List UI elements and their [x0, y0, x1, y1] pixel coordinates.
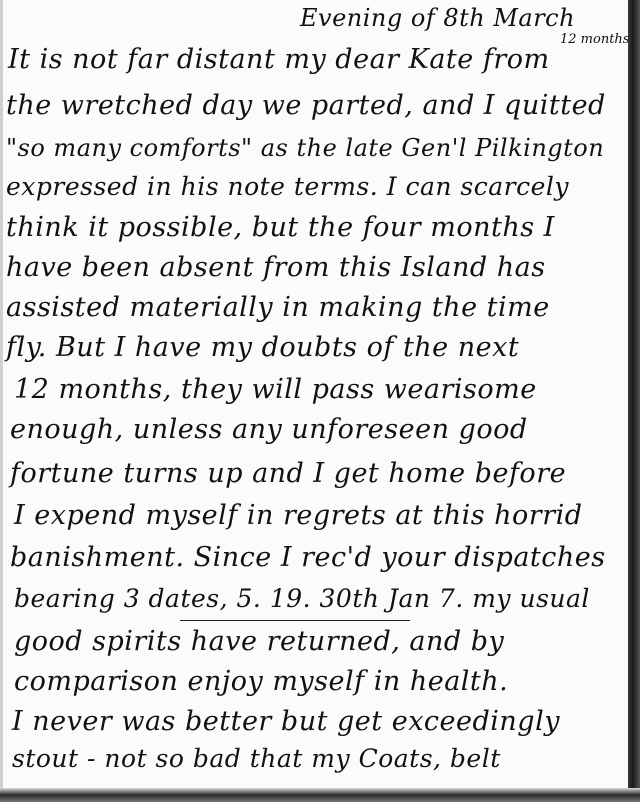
page-right-edge: [628, 0, 640, 802]
letter-line-8: fly. But I have my doubts of the next: [6, 332, 519, 363]
letter-line-14: bearing 3 dates, 5. 19. 30th Jan 7. my u…: [14, 584, 590, 613]
letter-line-15: good spirits have returned, and by: [14, 626, 504, 657]
letter-line-2: the wretched day we parted, and I quitte…: [6, 90, 606, 121]
letter-line-10: enough, unless any unforeseen good: [10, 414, 528, 445]
letter-line-12: I expend myself in regrets at this horri…: [14, 500, 583, 531]
dates-underline: [180, 620, 410, 621]
margin-annotation: 12 months: [560, 32, 629, 47]
letter-line-13: banishment. Since I rec'd your dispatche…: [10, 542, 606, 573]
letter-line-9: 12 months, they will pass wearisome: [14, 374, 537, 405]
letter-line-16: comparison enjoy myself in health.: [14, 666, 508, 697]
letter-line-1: It is not far distant my dear Kate from: [8, 44, 550, 75]
letter-line-4: expressed in his note terms. I can scarc…: [6, 172, 569, 201]
letter-line-6: have been absent from this Island has: [6, 252, 546, 283]
letter-line-7: assisted materially in making the time: [6, 292, 550, 323]
letter-line-3: "so many comforts" as the late Gen'l Pil…: [6, 134, 604, 162]
letter-line-11: fortune turns up and I get home before: [10, 458, 566, 489]
letter-page: Evening of 8th March 12 months It is not…: [0, 0, 628, 790]
letter-line-5: think it possible, but the four months I: [6, 212, 555, 243]
page-bottom-edge: [0, 788, 640, 802]
letter-line-18: stout - not so bad that my Coats, belt: [12, 744, 501, 773]
letter-heading: Evening of 8th March: [300, 4, 575, 32]
page-left-edge: [0, 0, 3, 802]
letter-line-17: I never was better but get exceedingly: [12, 706, 560, 737]
